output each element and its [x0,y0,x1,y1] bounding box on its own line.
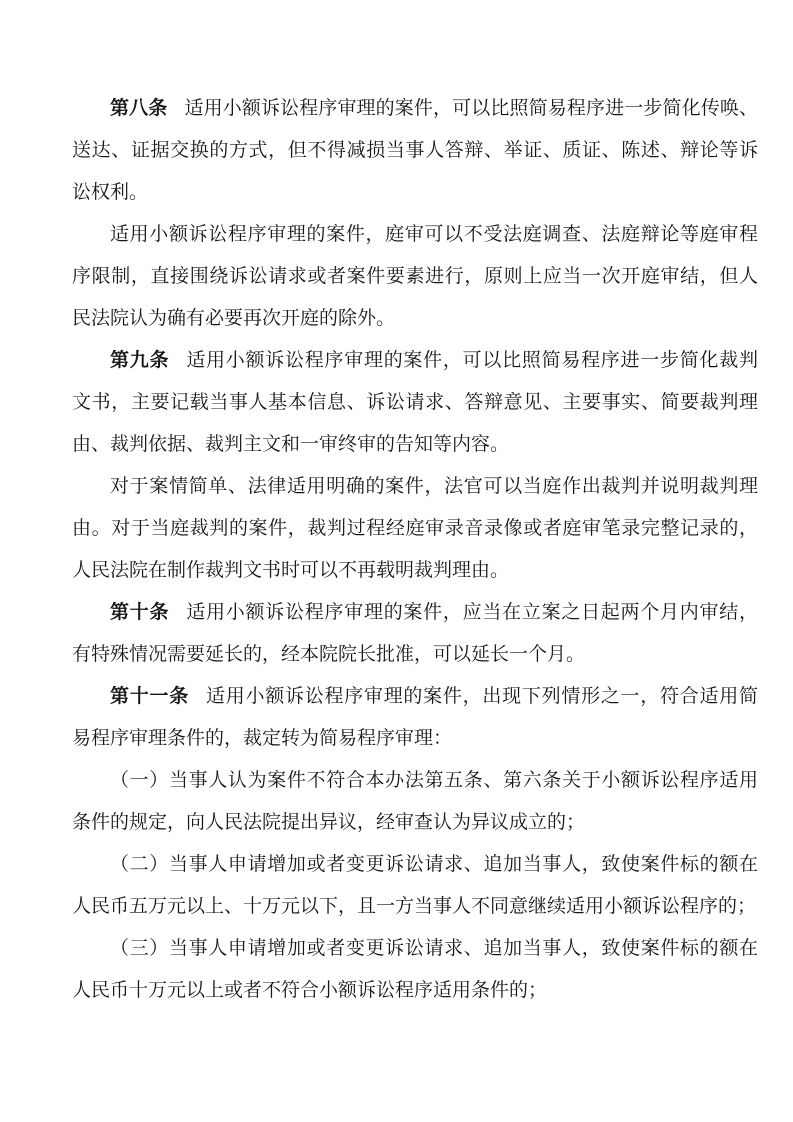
text-line: 序限制，直接围绕诉讼请求或者案件要素进行，原则上应当一次开庭审结，但人 [72,256,758,298]
document-body: 第八条适用小额诉讼程序审理的案件，可以比照简易程序进一步简化传唤、送达、证据交换… [72,88,758,1012]
text-line: 由、裁判依据、裁判主文和一审终审的告知等内容。 [72,424,758,466]
text-line: 第八条适用小额诉讼程序审理的案件，可以比照简易程序进一步简化传唤、 [72,88,758,130]
paragraph: （二）当事人申请增加或者变更诉讼请求、追加当事人，致使案件标的额在人民币五万元以… [72,844,758,928]
article-term: 第八条 [110,98,167,119]
text-line: 由。对于当庭裁判的案件，裁判过程经庭审录音录像或者庭审笔录完整记录的， [72,508,758,550]
text-line: 人民币五万元以上、十万元以下，且一方当事人不同意继续适用小额诉讼程序的； [72,886,758,928]
paragraph: （一）当事人认为案件不符合本办法第五条、第六条关于小额诉讼程序适用条件的规定，向… [72,760,758,844]
text-line: 对于案情简单、法律适用明确的案件，法官可以当庭作出裁判并说明裁判理 [72,466,758,508]
paragraph: 适用小额诉讼程序审理的案件，庭审可以不受法庭调查、法庭辩论等庭审程序限制，直接围… [72,214,758,340]
paragraph: 第十一条适用小额诉讼程序审理的案件，出现下列情形之一，符合适用简易程序审理条件的… [72,676,758,760]
text-line: （二）当事人申请增加或者变更诉讼请求、追加当事人，致使案件标的额在 [72,844,758,886]
text-line: 人民币十万元以上或者不符合小额诉讼程序适用条件的； [72,970,758,1012]
paragraph: 对于案情简单、法律适用明确的案件，法官可以当庭作出裁判并说明裁判理由。对于当庭裁… [72,466,758,592]
document-page: 第八条适用小额诉讼程序审理的案件，可以比照简易程序进一步简化传唤、送达、证据交换… [0,0,793,1122]
text-line: 适用小额诉讼程序审理的案件，庭审可以不受法庭调查、法庭辩论等庭审程 [72,214,758,256]
text-line: 讼权利。 [72,172,758,214]
text-line: 第十一条适用小额诉讼程序审理的案件，出现下列情形之一，符合适用简 [72,676,758,718]
text-line: （三）当事人申请增加或者变更诉讼请求、追加当事人，致使案件标的额在 [72,928,758,970]
line-text: 适用小额诉讼程序审理的案件，出现下列情形之一，符合适用简 [206,686,758,707]
text-line: 易程序审理条件的，裁定转为简易程序审理： [72,718,758,760]
paragraph: 第九条适用小额诉讼程序审理的案件，可以比照简易程序进一步简化裁判文书，主要记载当… [72,340,758,466]
text-line: 条件的规定，向人民法院提出异议，经审查认为异议成立的； [72,802,758,844]
line-text: 适用小额诉讼程序审理的案件，应当在立案之日起两个月内审结， [186,602,758,623]
paragraph: （三）当事人申请增加或者变更诉讼请求、追加当事人，致使案件标的额在人民币十万元以… [72,928,758,1012]
text-line: 有特殊情况需要延长的，经本院院长批准，可以延长一个月。 [72,634,758,676]
text-line: 第十条适用小额诉讼程序审理的案件，应当在立案之日起两个月内审结， [72,592,758,634]
article-term: 第十一条 [110,686,189,707]
paragraph: 第十条适用小额诉讼程序审理的案件，应当在立案之日起两个月内审结，有特殊情况需要延… [72,592,758,676]
line-text: 适用小额诉讼程序审理的案件，可以比照简易程序进一步简化裁判 [186,350,758,371]
paragraph: 第八条适用小额诉讼程序审理的案件，可以比照简易程序进一步简化传唤、送达、证据交换… [72,88,758,214]
text-line: 民法院认为确有必要再次开庭的除外。 [72,298,758,340]
article-term: 第十条 [110,602,169,623]
text-line: 人民法院在制作裁判文书时可以不再载明裁判理由。 [72,550,758,592]
text-line: 送达、证据交换的方式，但不得减损当事人答辩、举证、质证、陈述、辩论等诉 [72,130,758,172]
line-text: 适用小额诉讼程序审理的案件，可以比照简易程序进一步简化传唤、 [184,98,758,119]
article-term: 第九条 [110,350,169,371]
text-line: （一）当事人认为案件不符合本办法第五条、第六条关于小额诉讼程序适用 [72,760,758,802]
text-line: 文书，主要记载当事人基本信息、诉讼请求、答辩意见、主要事实、简要裁判理 [72,382,758,424]
text-line: 第九条适用小额诉讼程序审理的案件，可以比照简易程序进一步简化裁判 [72,340,758,382]
